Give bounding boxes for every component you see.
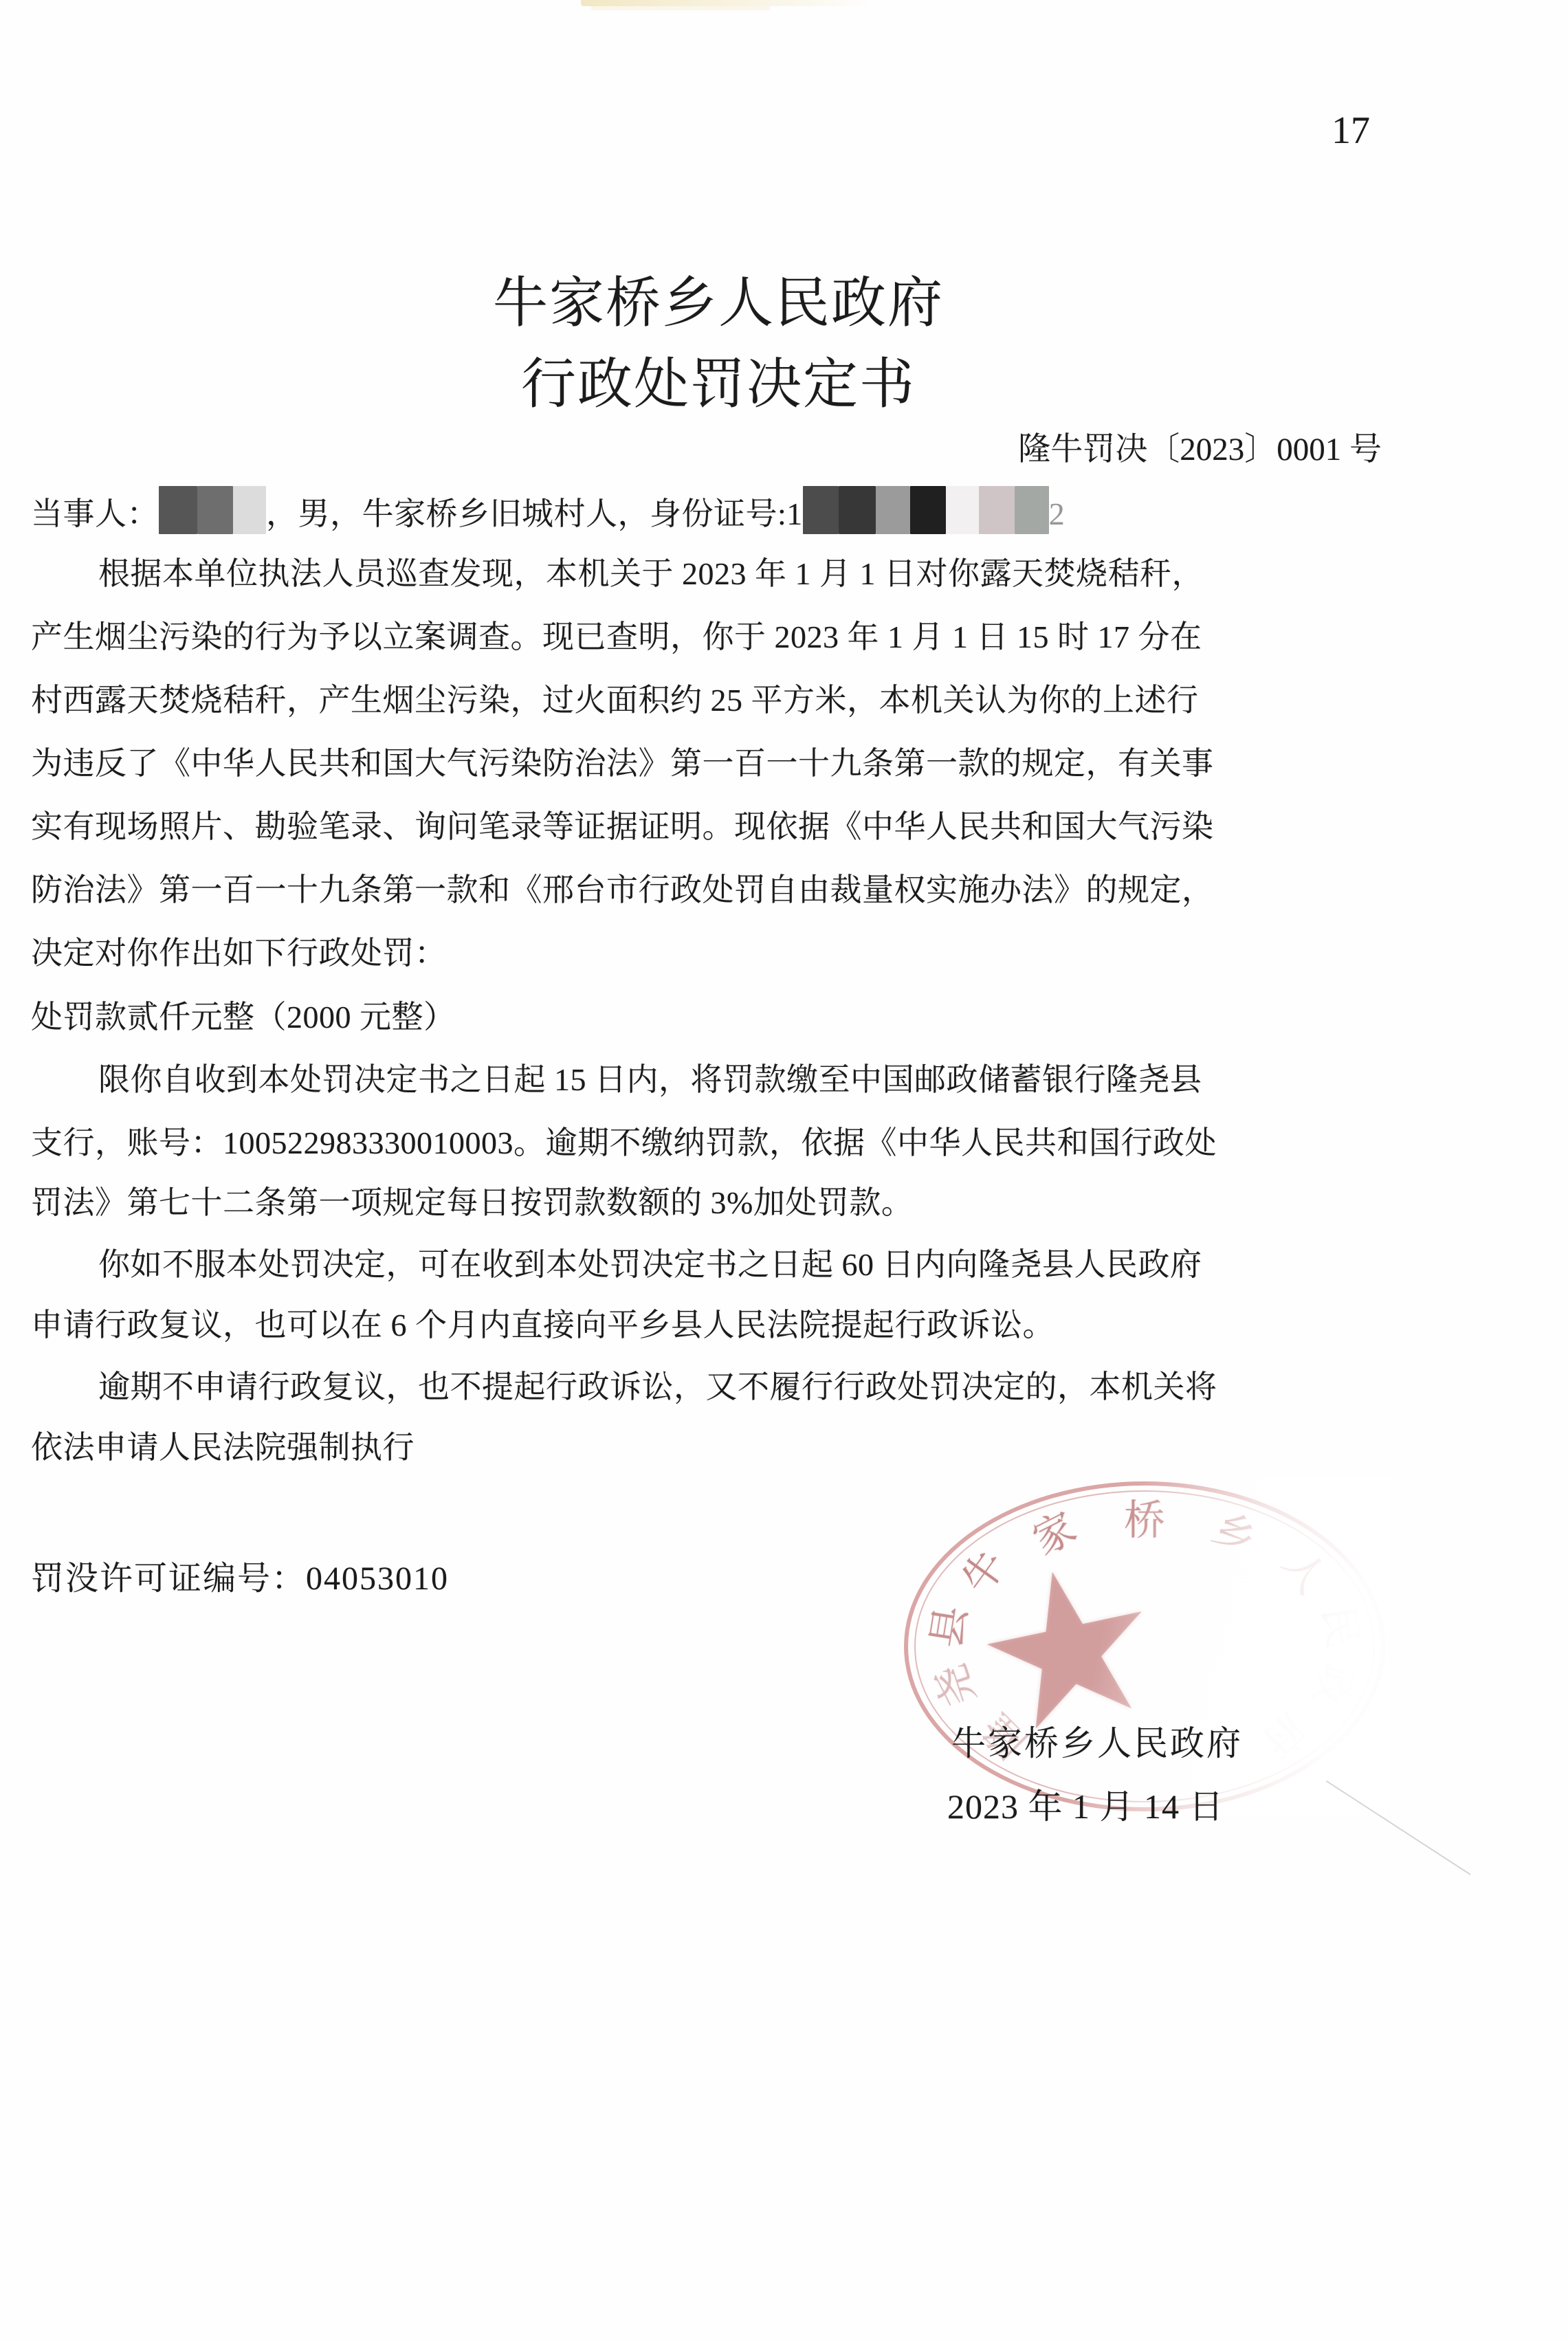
body-line: 为违反了《中华人民共和国大气污染防治法》第一百一十九条第一款的规定，有关事: [31, 743, 1214, 784]
body-line: 根据本单位执法人员巡查发现，本机关于 2023 年 1 月 1 日对你露天焚烧秸…: [31, 553, 1204, 595]
bank-account-line: 支行，账号：100522983330010003。逾期不缴纳罚款，依据《中华人民…: [31, 1123, 1217, 1164]
body-line: 罚法》第七十二条第一项规定每日按罚款数额的 3%加处罚款。: [31, 1182, 913, 1224]
document-title-issuer: 牛家桥乡人民政府: [0, 258, 1437, 338]
body-line: 村西露天焚烧秸秆，产生烟尘污染，过火面积约 25 平方米，本机关认为你的上述行: [31, 680, 1199, 721]
body-line: 决定对你作出如下行政处罚：: [31, 933, 447, 974]
body-line: 实有现场照片、勘验笔录、询问笔录等证据证明。现依据《中华人民共和国大气污染: [31, 806, 1214, 848]
party-details: ，男，牛家桥乡旧城村人，身份证号:1: [266, 496, 803, 531]
penalty-amount-line: 处罚款贰仟元整（2000 元整）: [31, 997, 456, 1038]
document-title-type: 行政处罚决定书: [0, 340, 1437, 419]
scan-smudge: [591, 6, 770, 10]
redacted-name: [159, 486, 266, 535]
document-reference-number: 隆牛罚决〔2023〕0001 号: [1018, 423, 1382, 470]
body-line: 产生烟尘污染的行为予以立案调查。现已查明，你于 2023 年 1 月 1 日 1…: [31, 617, 1202, 658]
body-line: 限你自收到本处罚决定书之日起 15 日内，将罚款缴至中国邮政储蓄银行隆尧县: [31, 1059, 1202, 1101]
body-line: 逾期不申请行政复议，也不提起行政诉讼，又不履行行政处罚决定的，本机关将: [31, 1367, 1217, 1408]
body-line: 防治法》第一百一十九条第一款和《邢台市行政处罚自由裁量权实施办法》的规定，: [31, 870, 1214, 911]
scanned-document-page: 17 牛家桥乡人民政府 行政处罚决定书 隆牛罚决〔2023〕0001 号 当事人…: [0, 0, 1568, 2340]
party-line: 当事人：，男，牛家桥乡旧城村人，身份证号:12: [31, 486, 1065, 535]
party-label: 当事人：: [31, 496, 159, 531]
body-line: 你如不服本处罚决定，可在收到本处罚决定书之日起 60 日内向隆尧县人民政府: [31, 1244, 1202, 1285]
page-number: 17: [1332, 109, 1370, 153]
body-line: 依法申请人民法院强制执行: [31, 1427, 415, 1468]
issue-date: 2023 年 1 月 14 日: [947, 1779, 1224, 1829]
redacted-id-number: [803, 486, 1049, 535]
issuer-signature: 牛家桥乡人民政府: [951, 1716, 1243, 1765]
id-number-tail: 2: [1049, 496, 1065, 531]
scan-scratch-artifact: [1326, 1780, 1471, 1875]
body-line: 申请行政复议，也可以在 6 个月内直接向平乡县人民法院提起行政诉讼。: [31, 1305, 1054, 1346]
scan-smudge: [581, 0, 876, 6]
penalty-license-number: 罚没许可证编号：04053010: [31, 1552, 449, 1599]
